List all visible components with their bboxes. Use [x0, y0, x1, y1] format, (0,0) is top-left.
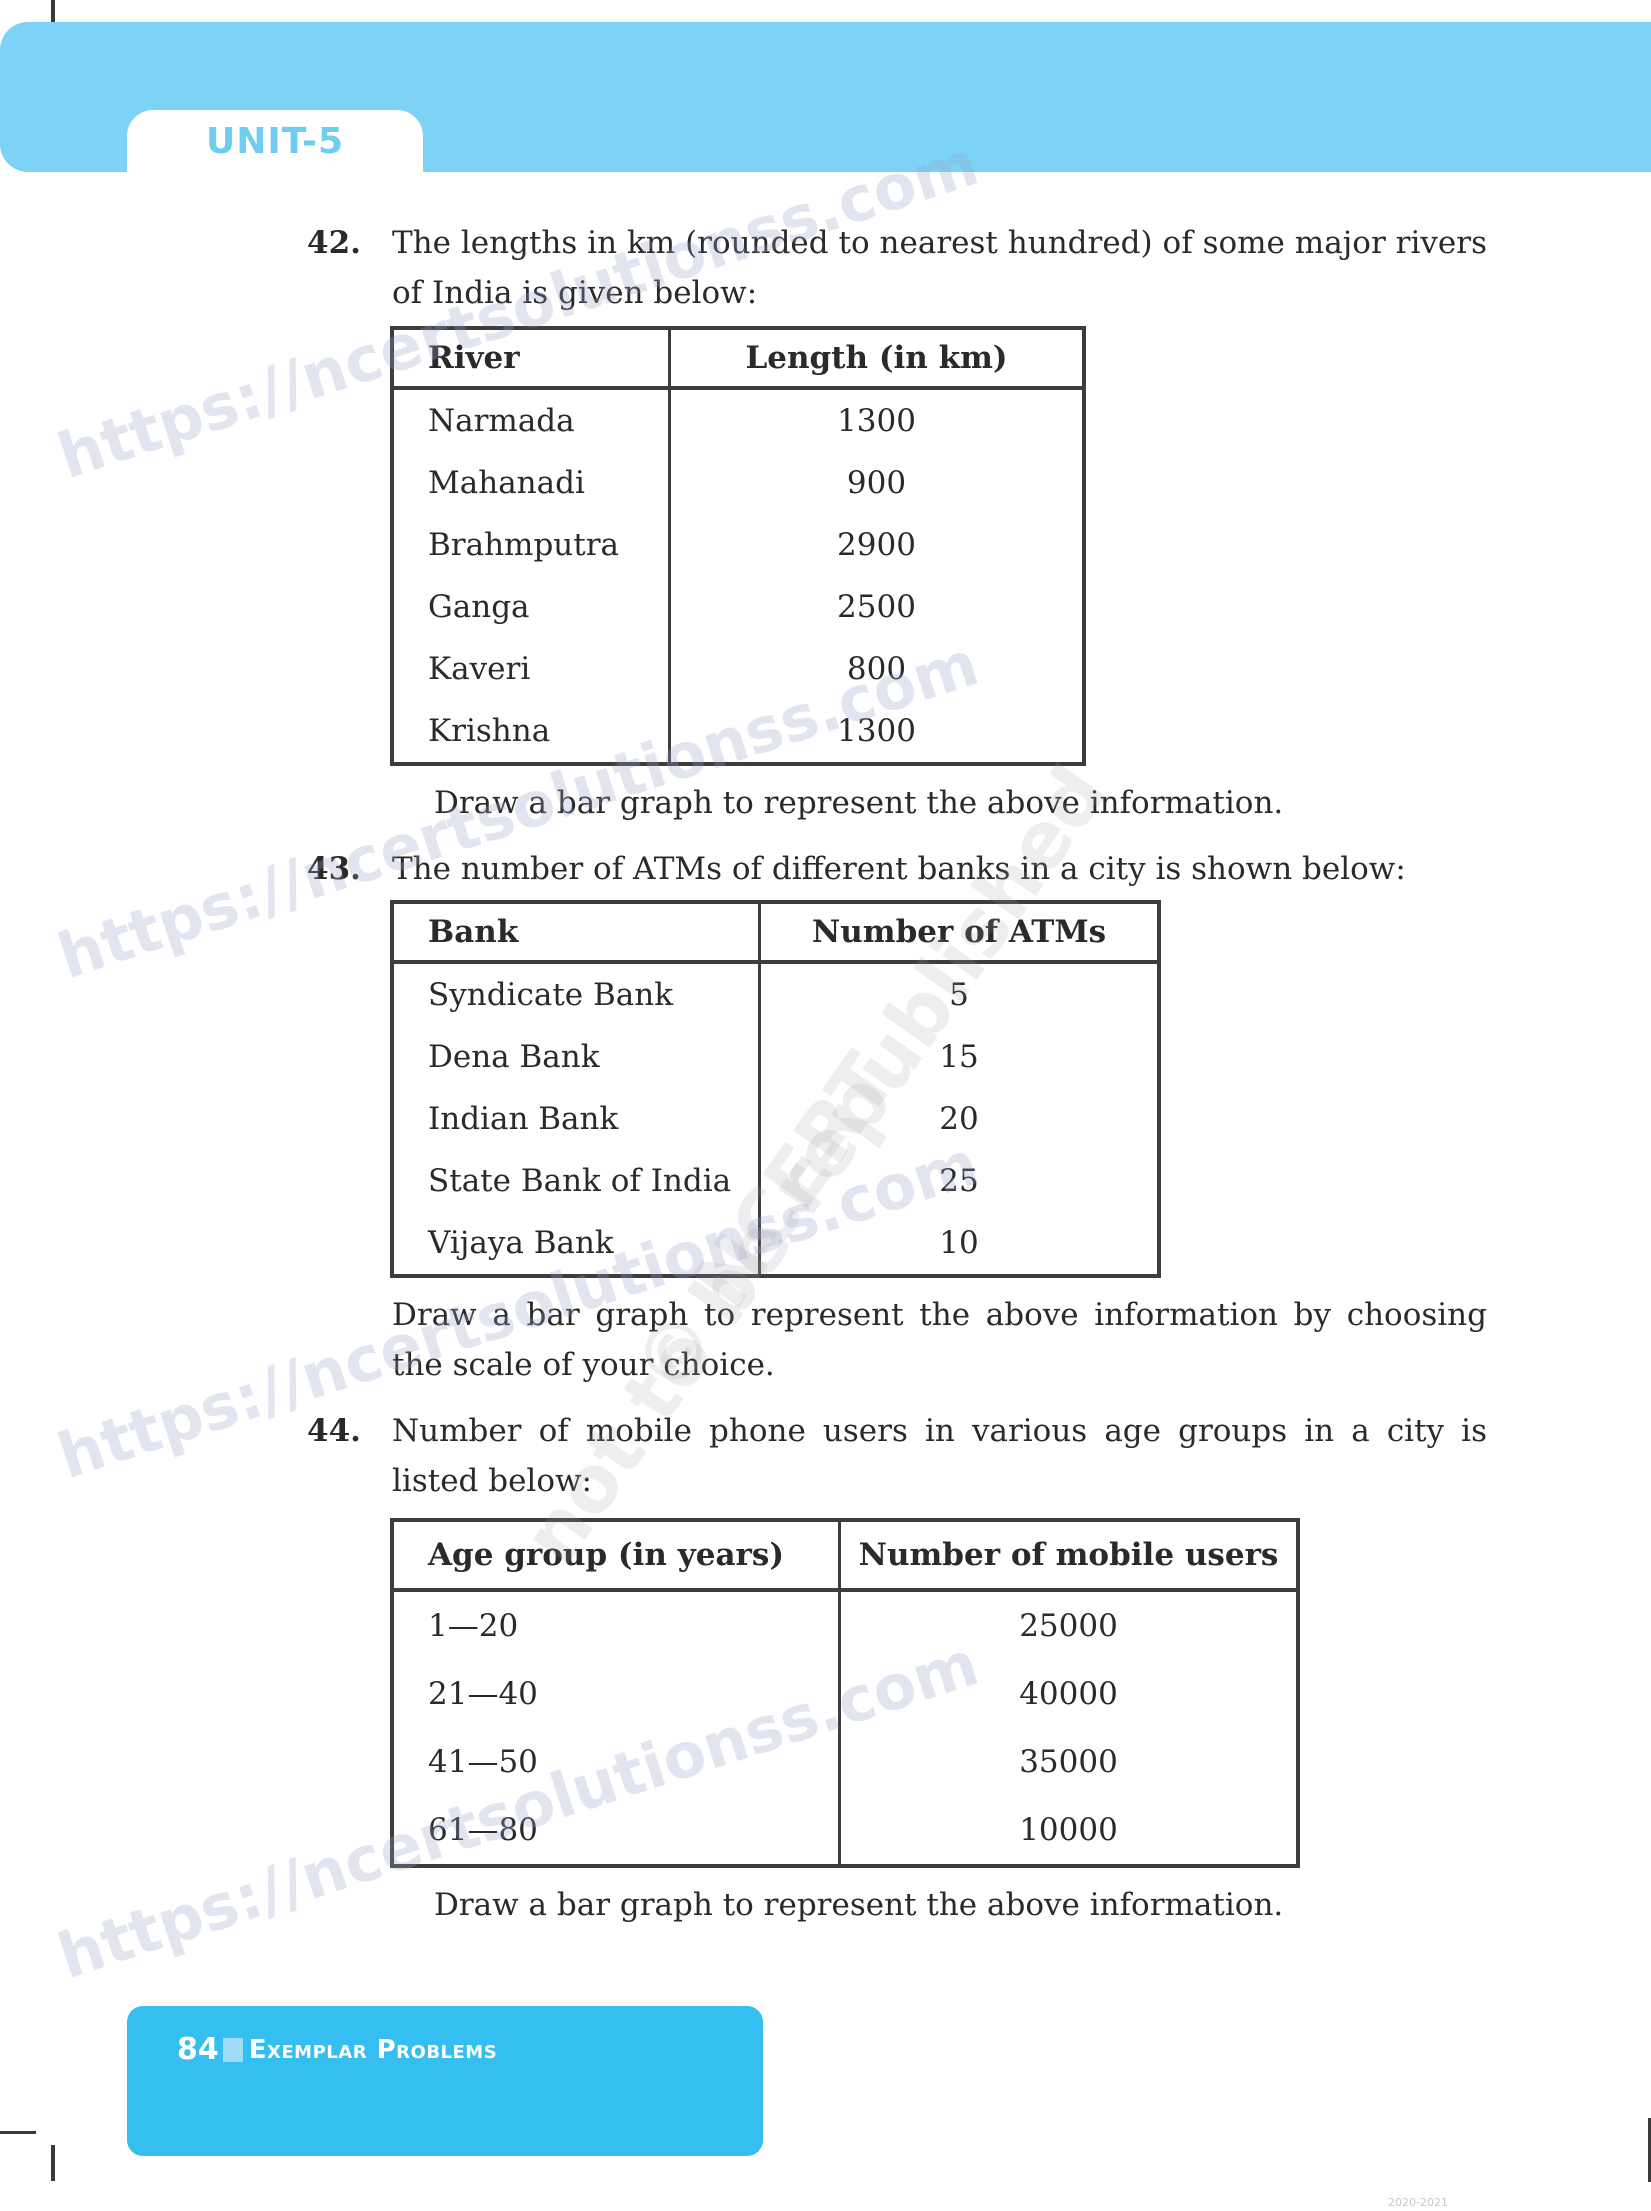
table-header-row: River Length (in km)	[392, 328, 1084, 388]
cell-atms: 5	[760, 962, 1160, 1026]
cell-atms: 20	[760, 1088, 1160, 1150]
year-mark: 2020-2021	[1388, 2196, 1448, 2209]
crop-mark-bottom-left-vertical	[51, 2145, 55, 2181]
question-number: 43.	[307, 844, 361, 894]
cell-age-group: 1—20	[392, 1590, 840, 1660]
cell-bank: State Bank of India	[392, 1150, 760, 1212]
table-row: 21—4040000	[392, 1660, 1298, 1728]
table-header-row: Bank Number of ATMs	[392, 902, 1159, 962]
cell-river: Krishna	[392, 700, 670, 764]
column-header-length: Length (in km)	[670, 328, 1085, 388]
question-text: The lengths in km (rounded to nearest hu…	[392, 218, 1487, 318]
table-row: Indian Bank20	[392, 1088, 1159, 1150]
table-row: Vijaya Bank10	[392, 1212, 1159, 1276]
table-row: Brahmputra2900	[392, 514, 1084, 576]
cell-mobile-users: 40000	[840, 1660, 1299, 1728]
footer-square-icon	[223, 2038, 243, 2062]
cell-length: 900	[670, 452, 1085, 514]
cell-bank: Indian Bank	[392, 1088, 760, 1150]
table-row: Krishna1300	[392, 700, 1084, 764]
book-title: Exemplar Problems	[249, 2035, 497, 2065]
page-content: 42. The lengths in km (rounded to neares…	[307, 210, 1487, 1930]
table-row: Dena Bank15	[392, 1026, 1159, 1088]
table-row: Narmada1300	[392, 388, 1084, 452]
atms-table: Bank Number of ATMs Syndicate Bank5 Dena…	[390, 900, 1161, 1278]
column-header-mobile-users: Number of mobile users	[840, 1520, 1299, 1590]
cell-age-group: 41—50	[392, 1728, 840, 1796]
crop-mark-bottom-left-horizontal	[0, 2131, 36, 2134]
question-instruction: Draw a bar graph to represent the above …	[392, 778, 1487, 828]
cell-bank: Vijaya Bank	[392, 1212, 760, 1276]
cell-river: Narmada	[392, 388, 670, 452]
question-instruction: Draw a bar graph to represent the above …	[392, 1880, 1487, 1930]
table-row: 41—5035000	[392, 1728, 1298, 1796]
question-44: 44. Number of mobile phone users in vari…	[307, 1406, 1487, 1930]
cell-length: 1300	[670, 700, 1085, 764]
table-header-row: Age group (in years) Number of mobile us…	[392, 1520, 1298, 1590]
question-43: 43. The number of ATMs of different bank…	[307, 844, 1487, 1390]
question-text: The number of ATMs of different banks in…	[392, 844, 1487, 894]
cell-mobile-users: 25000	[840, 1590, 1299, 1660]
table-row: Ganga2500	[392, 576, 1084, 638]
column-header-river: River	[392, 328, 670, 388]
cell-mobile-users: 10000	[840, 1796, 1299, 1866]
cell-atms: 10	[760, 1212, 1160, 1276]
unit-label: UNIT-5	[206, 121, 344, 162]
column-header-age-group: Age group (in years)	[392, 1520, 840, 1590]
cell-bank: Dena Bank	[392, 1026, 760, 1088]
cell-length: 2500	[670, 576, 1085, 638]
cell-river: Brahmputra	[392, 514, 670, 576]
page-number: 84	[177, 2032, 219, 2067]
table-row: Syndicate Bank5	[392, 962, 1159, 1026]
cell-mobile-users: 35000	[840, 1728, 1299, 1796]
column-header-bank: Bank	[392, 902, 760, 962]
cell-river: Ganga	[392, 576, 670, 638]
footer-box: 84 Exemplar Problems	[127, 2006, 763, 2156]
table-row: Kaveri800	[392, 638, 1084, 700]
unit-tab: UNIT-5	[127, 110, 423, 180]
question-text: Number of mobile phone users in various …	[392, 1406, 1487, 1506]
table-row: 1—2025000	[392, 1590, 1298, 1660]
table-row: State Bank of India25	[392, 1150, 1159, 1212]
cell-length: 1300	[670, 388, 1085, 452]
column-header-atms: Number of ATMs	[760, 902, 1160, 962]
cell-atms: 25	[760, 1150, 1160, 1212]
question-42: 42. The lengths in km (rounded to neares…	[307, 218, 1487, 828]
cell-age-group: 21—40	[392, 1660, 840, 1728]
question-number: 44.	[307, 1406, 361, 1456]
table-row: 61—8010000	[392, 1796, 1298, 1866]
mobile-users-table: Age group (in years) Number of mobile us…	[390, 1518, 1300, 1868]
footer-line: 84 Exemplar Problems	[177, 2032, 497, 2067]
cell-age-group: 61—80	[392, 1796, 840, 1866]
cell-length: 800	[670, 638, 1085, 700]
cell-river: Kaveri	[392, 638, 670, 700]
cell-bank: Syndicate Bank	[392, 962, 760, 1026]
cell-length: 2900	[670, 514, 1085, 576]
table-row: Mahanadi900	[392, 452, 1084, 514]
rivers-table: River Length (in km) Narmada1300 Mahanad…	[390, 326, 1086, 766]
question-instruction: Draw a bar graph to represent the above …	[392, 1290, 1487, 1390]
cell-atms: 15	[760, 1026, 1160, 1088]
cell-river: Mahanadi	[392, 452, 670, 514]
question-number: 42.	[307, 218, 361, 268]
